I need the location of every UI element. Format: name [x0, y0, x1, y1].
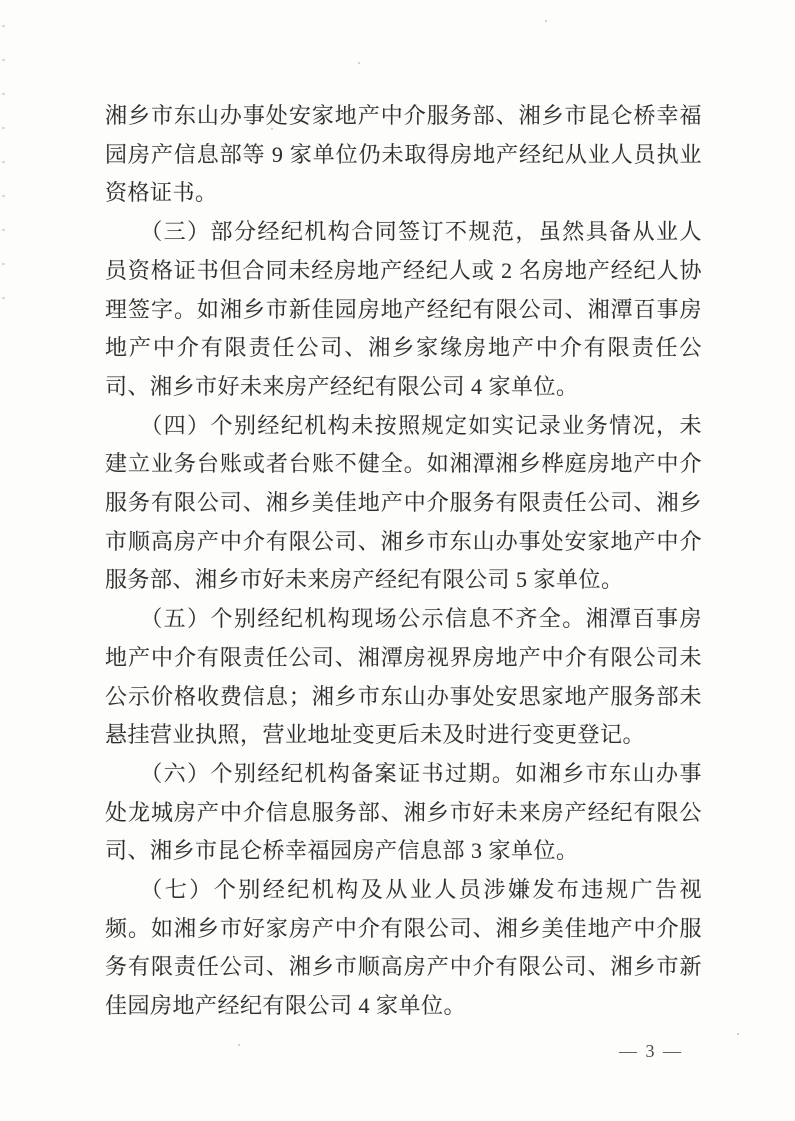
paragraph-section-5: （五）个别经纪机构现场公示信息不齐全。湘潭百事房地产中介有限责任公司、湘潭房视界…: [105, 600, 702, 755]
page-number: — 3 —: [619, 1041, 683, 1062]
scan-speckle: [358, 62, 360, 64]
scan-edge-artifacts: [2, 25, 5, 325]
scanned-document-page: 湘乡市东山办事处安家地产中介服务部、湘乡市昆仑桥幸福园房产信息部等 9 家单位仍…: [0, 0, 795, 1121]
paragraph-section-7: （七）个别经纪机构及从业人员涉嫌发布违规广告视频。如湘乡市好家房产中介有限公司、…: [105, 871, 702, 1026]
document-body: 湘乡市东山办事处安家地产中介服务部、湘乡市昆仑桥幸福园房产信息部等 9 家单位仍…: [105, 97, 702, 1026]
paragraph-section-6: （六）个别经纪机构备案证书过期。如湘乡市东山办事处龙城房产中介信息服务部、湘乡市…: [105, 755, 702, 871]
paragraph-continuation: 湘乡市东山办事处安家地产中介服务部、湘乡市昆仑桥幸福园房产信息部等 9 家单位仍…: [105, 97, 702, 213]
scan-speckle: [238, 1044, 240, 1046]
scan-speckle: [545, 20, 547, 22]
paragraph-section-3: （三）部分经纪机构合同签订不规范，虽然具备从业人员资格证书但合同未经房地产经纪人…: [105, 213, 702, 407]
scan-speckle: [737, 1033, 739, 1035]
paragraph-section-4: （四）个别经纪机构未按照规定如实记录业务情况，未建立业务台账或者台账不健全。如湘…: [105, 407, 702, 601]
